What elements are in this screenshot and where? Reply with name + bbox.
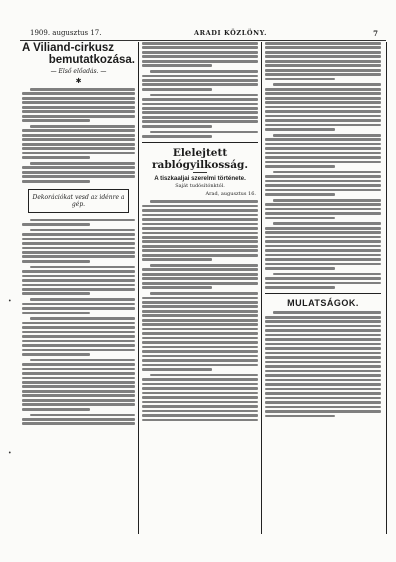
body-paragraph	[22, 359, 135, 411]
article-divider	[142, 142, 258, 144]
body-paragraph	[22, 229, 135, 263]
column-divider	[386, 42, 387, 534]
body-paragraph	[265, 311, 381, 417]
body-paragraph	[22, 88, 135, 122]
body-paragraph	[142, 131, 258, 138]
paper-name: ARADI KÖZLÖNY.	[194, 29, 267, 37]
body-paragraph	[265, 83, 381, 130]
body-paragraph	[265, 42, 381, 80]
column-3: MULATSÁGOK.	[265, 42, 381, 534]
article-subtitle: — Első előadás. —	[22, 68, 135, 75]
header-rule	[20, 40, 386, 41]
body-paragraph	[142, 264, 258, 289]
masthead: 1909. augusztus 17. ARADI KÖZLÖNY. 7	[24, 29, 388, 39]
body-paragraph	[22, 298, 135, 314]
body-paragraph	[22, 162, 135, 183]
body-paragraph	[22, 317, 135, 355]
article-subtitle: A tiszkaaljai szerelmi története.	[142, 175, 258, 182]
article-title-cont: bemutatkozása.	[22, 54, 135, 66]
body-paragraph	[142, 42, 258, 67]
body-paragraph	[265, 171, 381, 196]
title-rule	[193, 172, 207, 173]
boxed-quote: Dekorációkat vesd az idénre a gép.	[28, 189, 129, 213]
body-paragraph	[142, 94, 258, 128]
body-paragraph	[265, 134, 381, 168]
body-paragraph	[22, 266, 135, 296]
body-paragraph	[265, 273, 381, 289]
body-paragraph	[22, 125, 135, 159]
body-paragraph	[22, 414, 135, 426]
page-number: 7	[373, 29, 378, 38]
article-title: A Viliand-cirkusz	[22, 42, 135, 54]
separator-star: ✱	[22, 77, 135, 85]
article-byline: Saját tudósítónktól.	[142, 183, 258, 189]
body-paragraph	[22, 219, 135, 226]
body-paragraph	[142, 292, 258, 371]
body-paragraph	[142, 70, 258, 91]
article-title: Elelejtett rablógyilkosság.	[142, 147, 258, 171]
issue-date: 1909. augusztus 17.	[30, 29, 102, 37]
body-paragraph	[142, 200, 258, 261]
column-2: Elelejtett rablógyilkosság. A tiszkaalja…	[142, 42, 258, 534]
body-paragraph	[265, 222, 381, 269]
body-paragraph	[265, 199, 381, 220]
column-divider	[261, 42, 262, 534]
article-title: MULATSÁGOK.	[265, 298, 381, 308]
column-divider	[138, 42, 139, 534]
column-1: A Viliand-cirkusz bemutatkozása. — Első …	[22, 42, 135, 534]
article-divider	[265, 293, 381, 295]
article-dateline: Arad, augusztus 16.	[144, 191, 256, 197]
body-paragraph	[142, 374, 258, 421]
margin-mark: •	[8, 450, 12, 457]
margin-mark: •	[8, 298, 12, 305]
